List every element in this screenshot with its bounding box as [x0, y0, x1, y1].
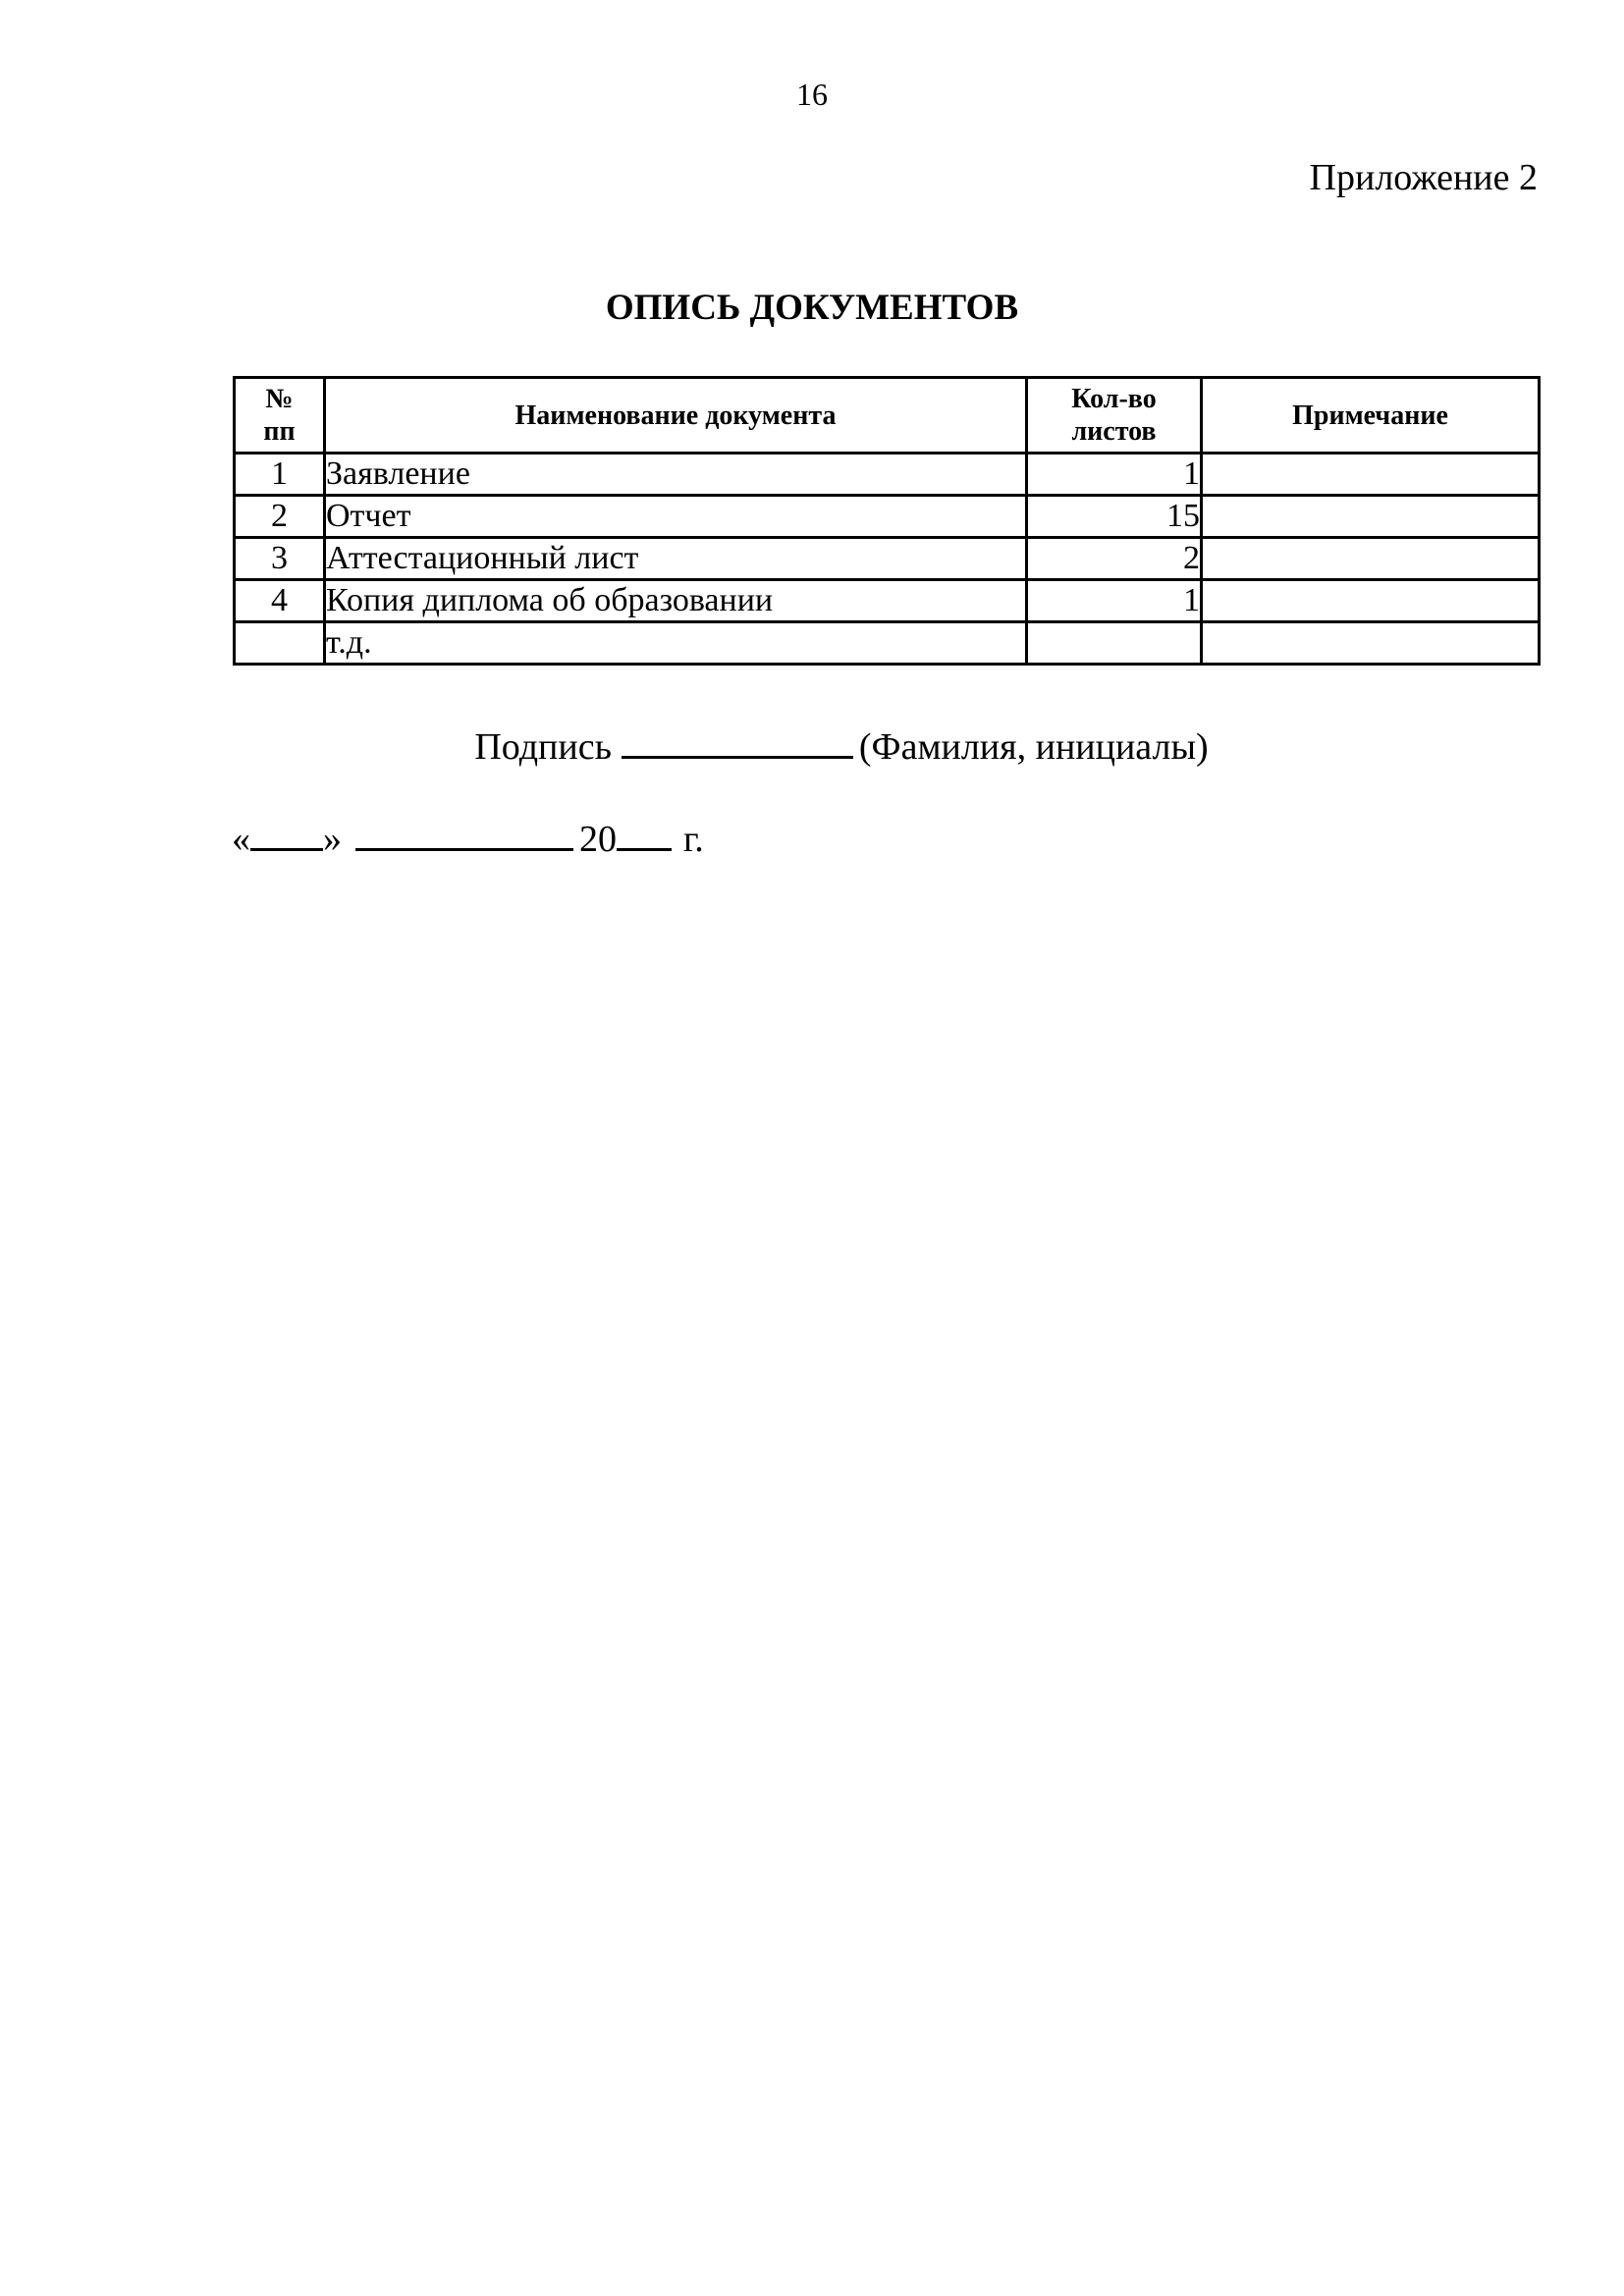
table-header-row: № пп Наименование документа Кол-во листо…	[235, 378, 1540, 454]
date-open-quote: «	[232, 819, 250, 860]
row-note	[1202, 538, 1540, 580]
row-note	[1202, 580, 1540, 622]
signature-blank-field[interactable]	[622, 726, 853, 759]
row-number: 1	[235, 454, 325, 496]
row-sheet-count	[1027, 622, 1202, 665]
header-sheet-count-line1: Кол-во	[1071, 384, 1157, 414]
date-month-blank-field[interactable]	[355, 819, 573, 851]
header-number-symbol: №	[265, 384, 293, 414]
row-sheet-count: 15	[1027, 496, 1202, 538]
header-sheet-count: Кол-во листов	[1027, 378, 1202, 454]
header-number: № пп	[235, 378, 325, 454]
row-number	[235, 622, 325, 665]
document-title: ОПИСЬ ДОКУМЕНТОВ	[0, 287, 1624, 330]
row-note	[1202, 496, 1540, 538]
date-year-suffix: г.	[683, 819, 704, 860]
table-row: 2 Отчет 15	[235, 496, 1540, 538]
date-line: «»20г.	[232, 817, 704, 862]
table-row: 4 Копия диплома об образовании 1	[235, 580, 1540, 622]
table-row: т.д.	[235, 622, 1540, 665]
row-sheet-count: 1	[1027, 580, 1202, 622]
row-document-name: Копия диплома об образовании	[325, 580, 1027, 622]
row-sheet-count: 1	[1027, 454, 1202, 496]
header-sheet-count-line2: листов	[1071, 416, 1156, 447]
signature-label: Подпись	[474, 726, 612, 768]
date-close-quote: »	[323, 819, 342, 860]
row-note	[1202, 454, 1540, 496]
header-document-name: Наименование документа	[325, 378, 1027, 454]
row-number: 2	[235, 496, 325, 538]
row-document-name: Отчет	[325, 496, 1027, 538]
signature-name-hint: (Фамилия, инициалы)	[859, 726, 1209, 768]
header-note: Примечание	[1202, 378, 1540, 454]
row-document-name: Аттестационный лист	[325, 538, 1027, 580]
table-row: 3 Аттестационный лист 2	[235, 538, 1540, 580]
row-number: 3	[235, 538, 325, 580]
table-row: 1 Заявление 1	[235, 454, 1540, 496]
date-day-blank-field[interactable]	[250, 819, 323, 851]
row-document-name: т.д.	[325, 622, 1027, 665]
page-number: 16	[0, 75, 1624, 114]
header-number-abbr: пп	[263, 416, 295, 447]
row-note	[1202, 622, 1540, 665]
row-sheet-count: 2	[1027, 538, 1202, 580]
signature-line: Подпись(Фамилия, инициалы)	[0, 724, 1624, 770]
row-number: 4	[235, 580, 325, 622]
date-year-prefix: 20	[579, 819, 617, 860]
date-year-blank-field[interactable]	[617, 819, 672, 851]
appendix-label: Приложение 2	[1310, 155, 1538, 200]
documents-inventory-table: № пп Наименование документа Кол-во листо…	[233, 376, 1541, 666]
row-document-name: Заявление	[325, 454, 1027, 496]
